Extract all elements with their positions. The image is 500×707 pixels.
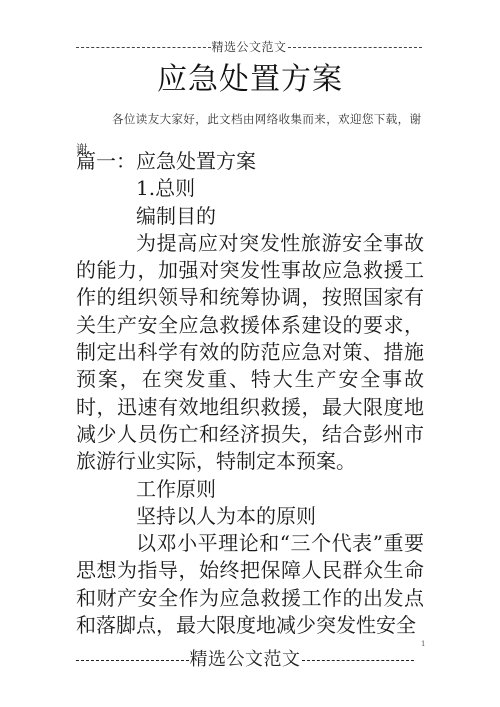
footer-label: 精选公文范文	[189, 645, 302, 671]
header-dash-left	[76, 47, 211, 48]
page-footer: 精选公文范文	[76, 646, 414, 670]
document-body: 篇一：应急处置方案 1.总则 编制目的 为提高应对突发性旅游安全事故的能力，加强…	[76, 148, 424, 639]
body-paragraph: 以邓小平理论和“三个代表”重要思想为指导，始终把保障人民群众生命和财产安全作为应…	[76, 530, 424, 639]
subsection-heading: 1.总则	[76, 175, 424, 202]
header-label: 精选公文范文	[211, 38, 288, 55]
footer-dash-right	[302, 660, 415, 661]
header-dash-right	[288, 47, 423, 48]
subsection-heading: 编制目的	[76, 203, 424, 230]
section-heading: 篇一：应急处置方案	[76, 148, 424, 175]
document-title: 应急处置方案	[0, 62, 500, 98]
page-header: 精选公文范文	[76, 38, 422, 54]
document-page: 精选公文范文 应急处置方案 各位读友大家好，此文档由网络收集而来，欢迎您下载，谢…	[0, 0, 500, 707]
subsection-heading: 工作原则	[76, 476, 424, 503]
body-paragraph: 为提高应对突发性旅游安全事故的能力，加强对突发性事故应急救援工作的组织领导和统筹…	[76, 230, 424, 476]
footer-dash-left	[76, 660, 189, 661]
page-number: 1	[421, 640, 425, 648]
subsection-heading: 坚持以人为本的原则	[76, 503, 424, 530]
